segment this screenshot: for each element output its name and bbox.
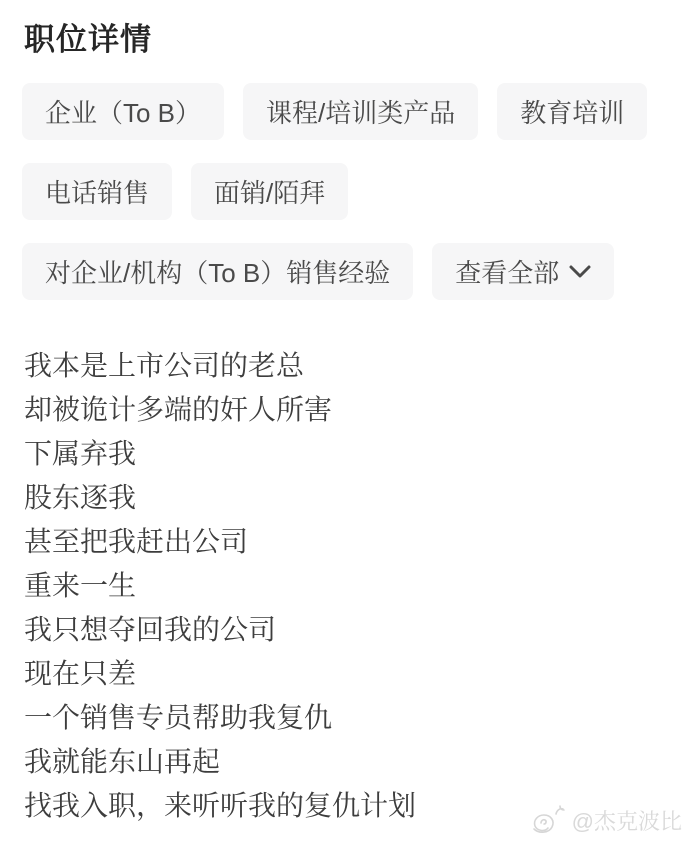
description-line: 甚至把我赶出公司 — [24, 520, 666, 564]
description-line: 重来一生 — [24, 564, 666, 608]
description-line: 现在只差 — [24, 652, 666, 696]
job-tag-label: 面销/陌拜 — [214, 173, 325, 210]
job-tag-telesales[interactable]: 电话销售 — [22, 163, 172, 220]
job-tag-list: 企业（To B） 课程/培训类产品 教育培训 电话销售 面销/陌拜 对企业/机构… — [22, 83, 670, 300]
description-line: 我本是上市公司的老总 — [24, 344, 666, 388]
job-tag-label: 电话销售 — [45, 173, 149, 210]
job-tag-field-sales[interactable]: 面销/陌拜 — [191, 163, 348, 220]
watermark: @杰克波比 — [527, 802, 682, 838]
job-tag-label: 课程/培训类产品 — [266, 93, 455, 130]
doodle-spiral-icon — [527, 802, 569, 838]
job-tag-tob-sales-experience[interactable]: 对企业/机构（To B）销售经验 — [22, 243, 413, 300]
job-tag-enterprise-tob[interactable]: 企业（To B） — [22, 83, 224, 140]
job-tag-label: 对企业/机构（To B）销售经验 — [45, 253, 390, 290]
description-line: 我只想夺回我的公司 — [24, 608, 666, 652]
job-tag-label: 教育培训 — [520, 93, 624, 130]
job-tag-label: 企业（To B） — [45, 93, 201, 130]
description-line: 下属弃我 — [24, 432, 666, 476]
description-line: 股东逐我 — [24, 476, 666, 520]
job-detail-page: 职位详情 企业（To B） 课程/培训类产品 教育培训 电话销售 面销/陌拜 对… — [0, 0, 690, 846]
job-description: 我本是上市公司的老总 却被诡计多端的奸人所害 下属弃我 股东逐我 甚至把我赶出公… — [24, 344, 666, 828]
job-tag-course-training-product[interactable]: 课程/培训类产品 — [243, 83, 478, 140]
description-line: 却被诡计多端的奸人所害 — [24, 388, 666, 432]
watermark-text: @杰克波比 — [572, 805, 682, 836]
view-all-label: 查看全部 — [455, 253, 559, 290]
page-title: 职位详情 — [24, 14, 152, 59]
description-line: 我就能东山再起 — [24, 740, 666, 784]
chevron-down-icon — [569, 265, 591, 279]
description-line: 一个销售专员帮助我复仇 — [24, 696, 666, 740]
job-tag-education-training[interactable]: 教育培训 — [497, 83, 647, 140]
view-all-button[interactable]: 查看全部 — [432, 243, 614, 300]
